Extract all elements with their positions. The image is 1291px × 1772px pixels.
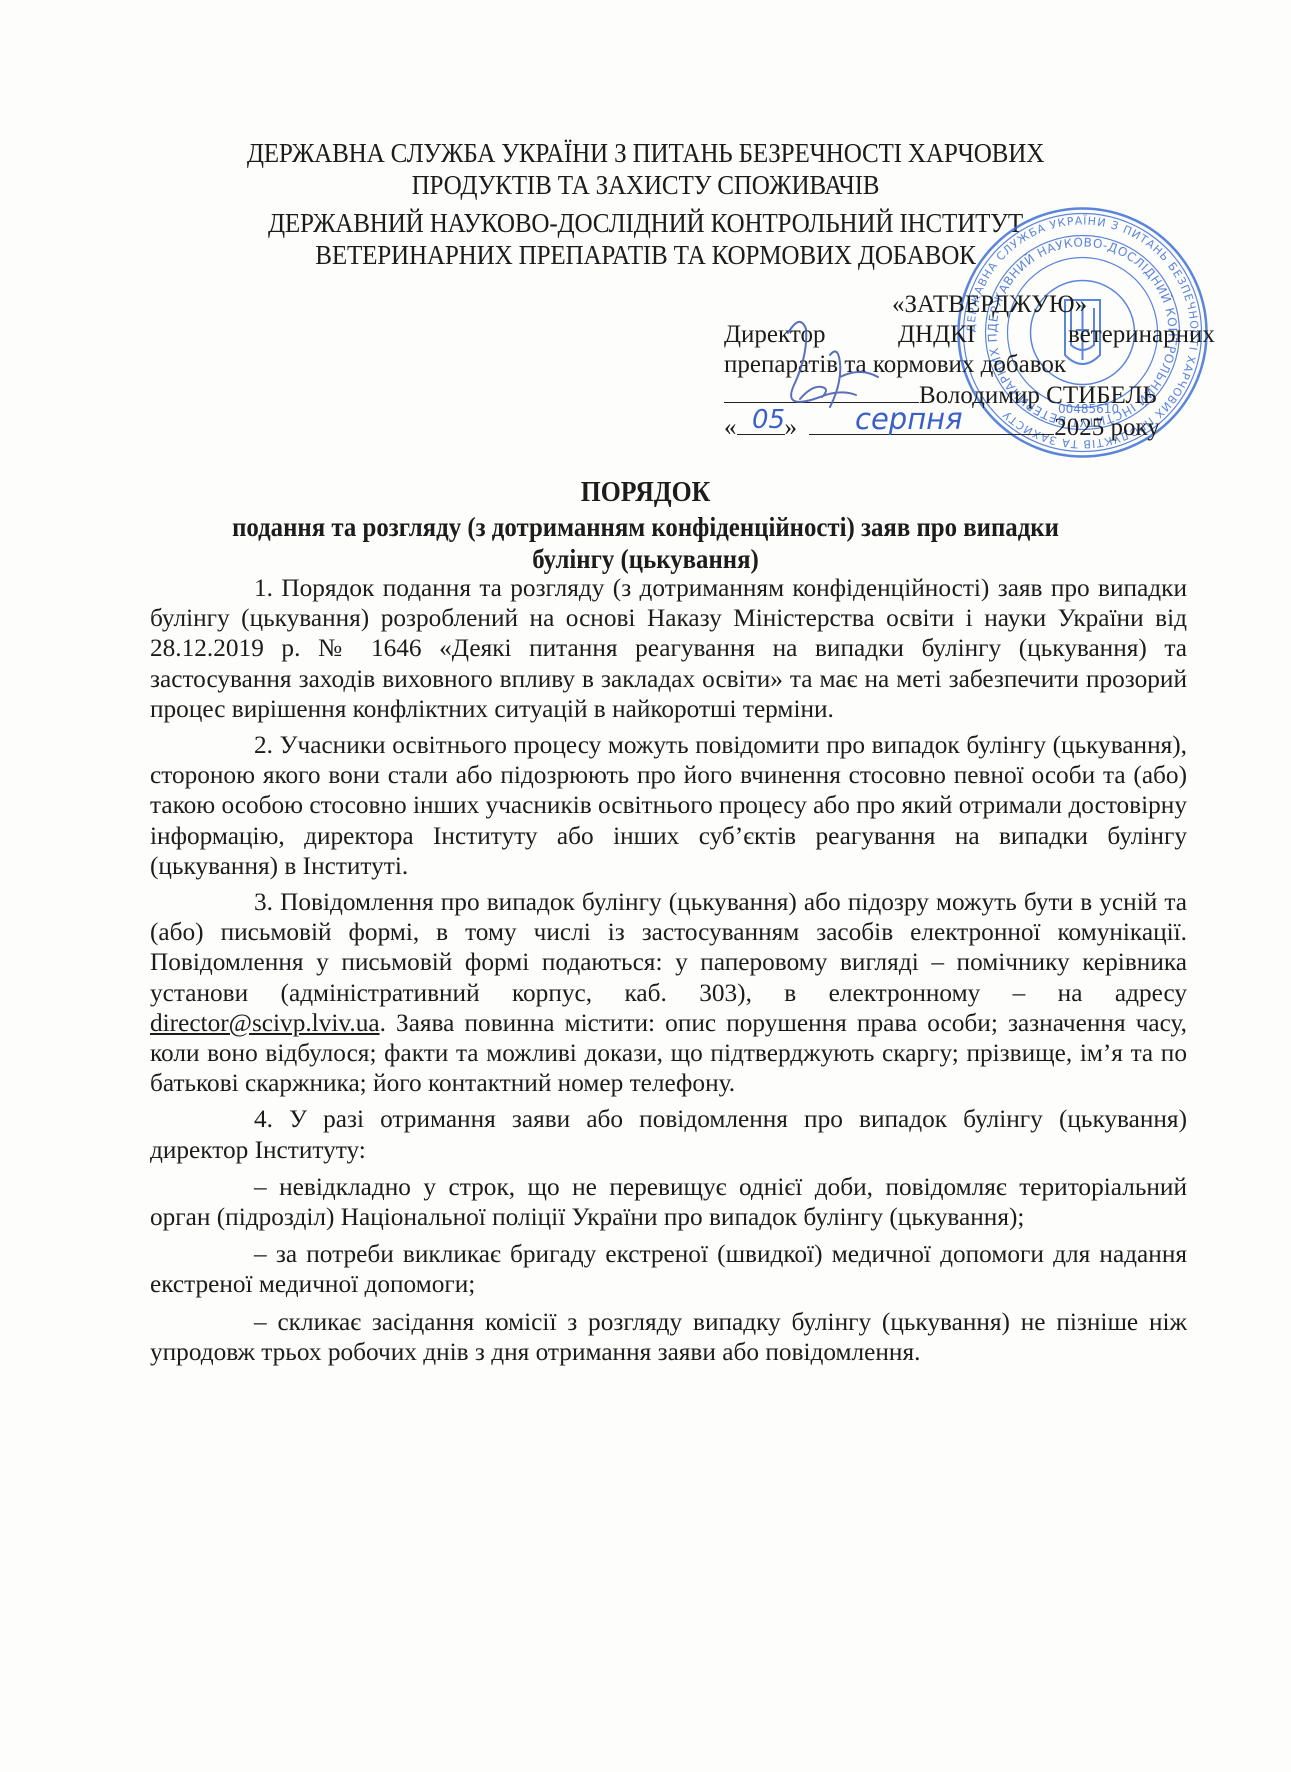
- paragraph-1: 1. Порядок подання та розгляду (з дотрим…: [150, 573, 1187, 724]
- director-position-word3: ветеринарних: [1068, 320, 1215, 350]
- paragraph-4: 4. У разі отримання заяви або повідомлен…: [150, 1104, 1187, 1164]
- ministry-name-line2: ПРОДУКТІВ ТА ЗАХИСТУ СПОЖИВАЧІВ: [45, 169, 1246, 201]
- ministry-name-line1: ДЕРЖАВНА СЛУЖБА УКРАЇНИ З ПИТАНЬ БЕЗРЕЧН…: [45, 137, 1246, 169]
- paragraph-4-item-3: – скликає засідання комісії з розгляду в…: [150, 1307, 1187, 1367]
- document-page: ДЕРЖАВНА СЛУЖБА УКРАЇНИ З ПИТАНЬ БЕЗРЕЧН…: [0, 0, 1291, 1772]
- handwritten-day: 05: [752, 405, 785, 435]
- document-subtitle-line1: подання та розгляду (з дотриманням конфі…: [52, 512, 1240, 542]
- approval-heading: «ЗАТВЕРДЖУЮ»: [892, 290, 1087, 320]
- institute-name-line1: ДЕРЖАВНИЙ НАУКОВО-ДОСЛІДНИЙ КОНТРОЛЬНИЙ …: [45, 207, 1246, 239]
- paragraph-4-item-2: – за потреби викликає бригаду екстреної …: [150, 1239, 1187, 1299]
- director-position-word1: Директор: [724, 320, 825, 350]
- institute-name-line2: ВЕТЕРИНАРНИХ ПРЕПАРАТІВ ТА КОРМОВИХ ДОБА…: [45, 239, 1246, 271]
- paragraph-3: 3. Повідомлення про випадок булінгу (цьк…: [150, 887, 1187, 1098]
- paragraph-2: 2. Учасники освітнього процесу можуть по…: [150, 730, 1187, 881]
- signature-blank: [724, 380, 919, 403]
- document-title: ПОРЯДОК: [52, 478, 1240, 508]
- handwritten-month: серпня: [855, 402, 963, 436]
- date-open-quote: «: [724, 414, 737, 441]
- document-body: 1. Порядок подання та розгляду (з дотрим…: [150, 573, 1187, 1367]
- date-year: 2025 року: [1054, 414, 1160, 441]
- director-position-line2: препаратів та кормових добавок: [724, 350, 1066, 380]
- director-position-word2: ДНДКІ: [898, 320, 975, 350]
- date-close-quote: »: [785, 414, 798, 441]
- document-subtitle-line2: булінгу (цькування): [52, 544, 1240, 574]
- paragraph-3-text-a: 3. Повідомлення про випадок булінгу (цьк…: [150, 888, 1187, 1007]
- paragraph-4-item-1: – невідкладно у строк, що не перевищує о…: [150, 1172, 1187, 1232]
- director-email-link[interactable]: director@scivp.lviv.ua: [150, 1009, 380, 1037]
